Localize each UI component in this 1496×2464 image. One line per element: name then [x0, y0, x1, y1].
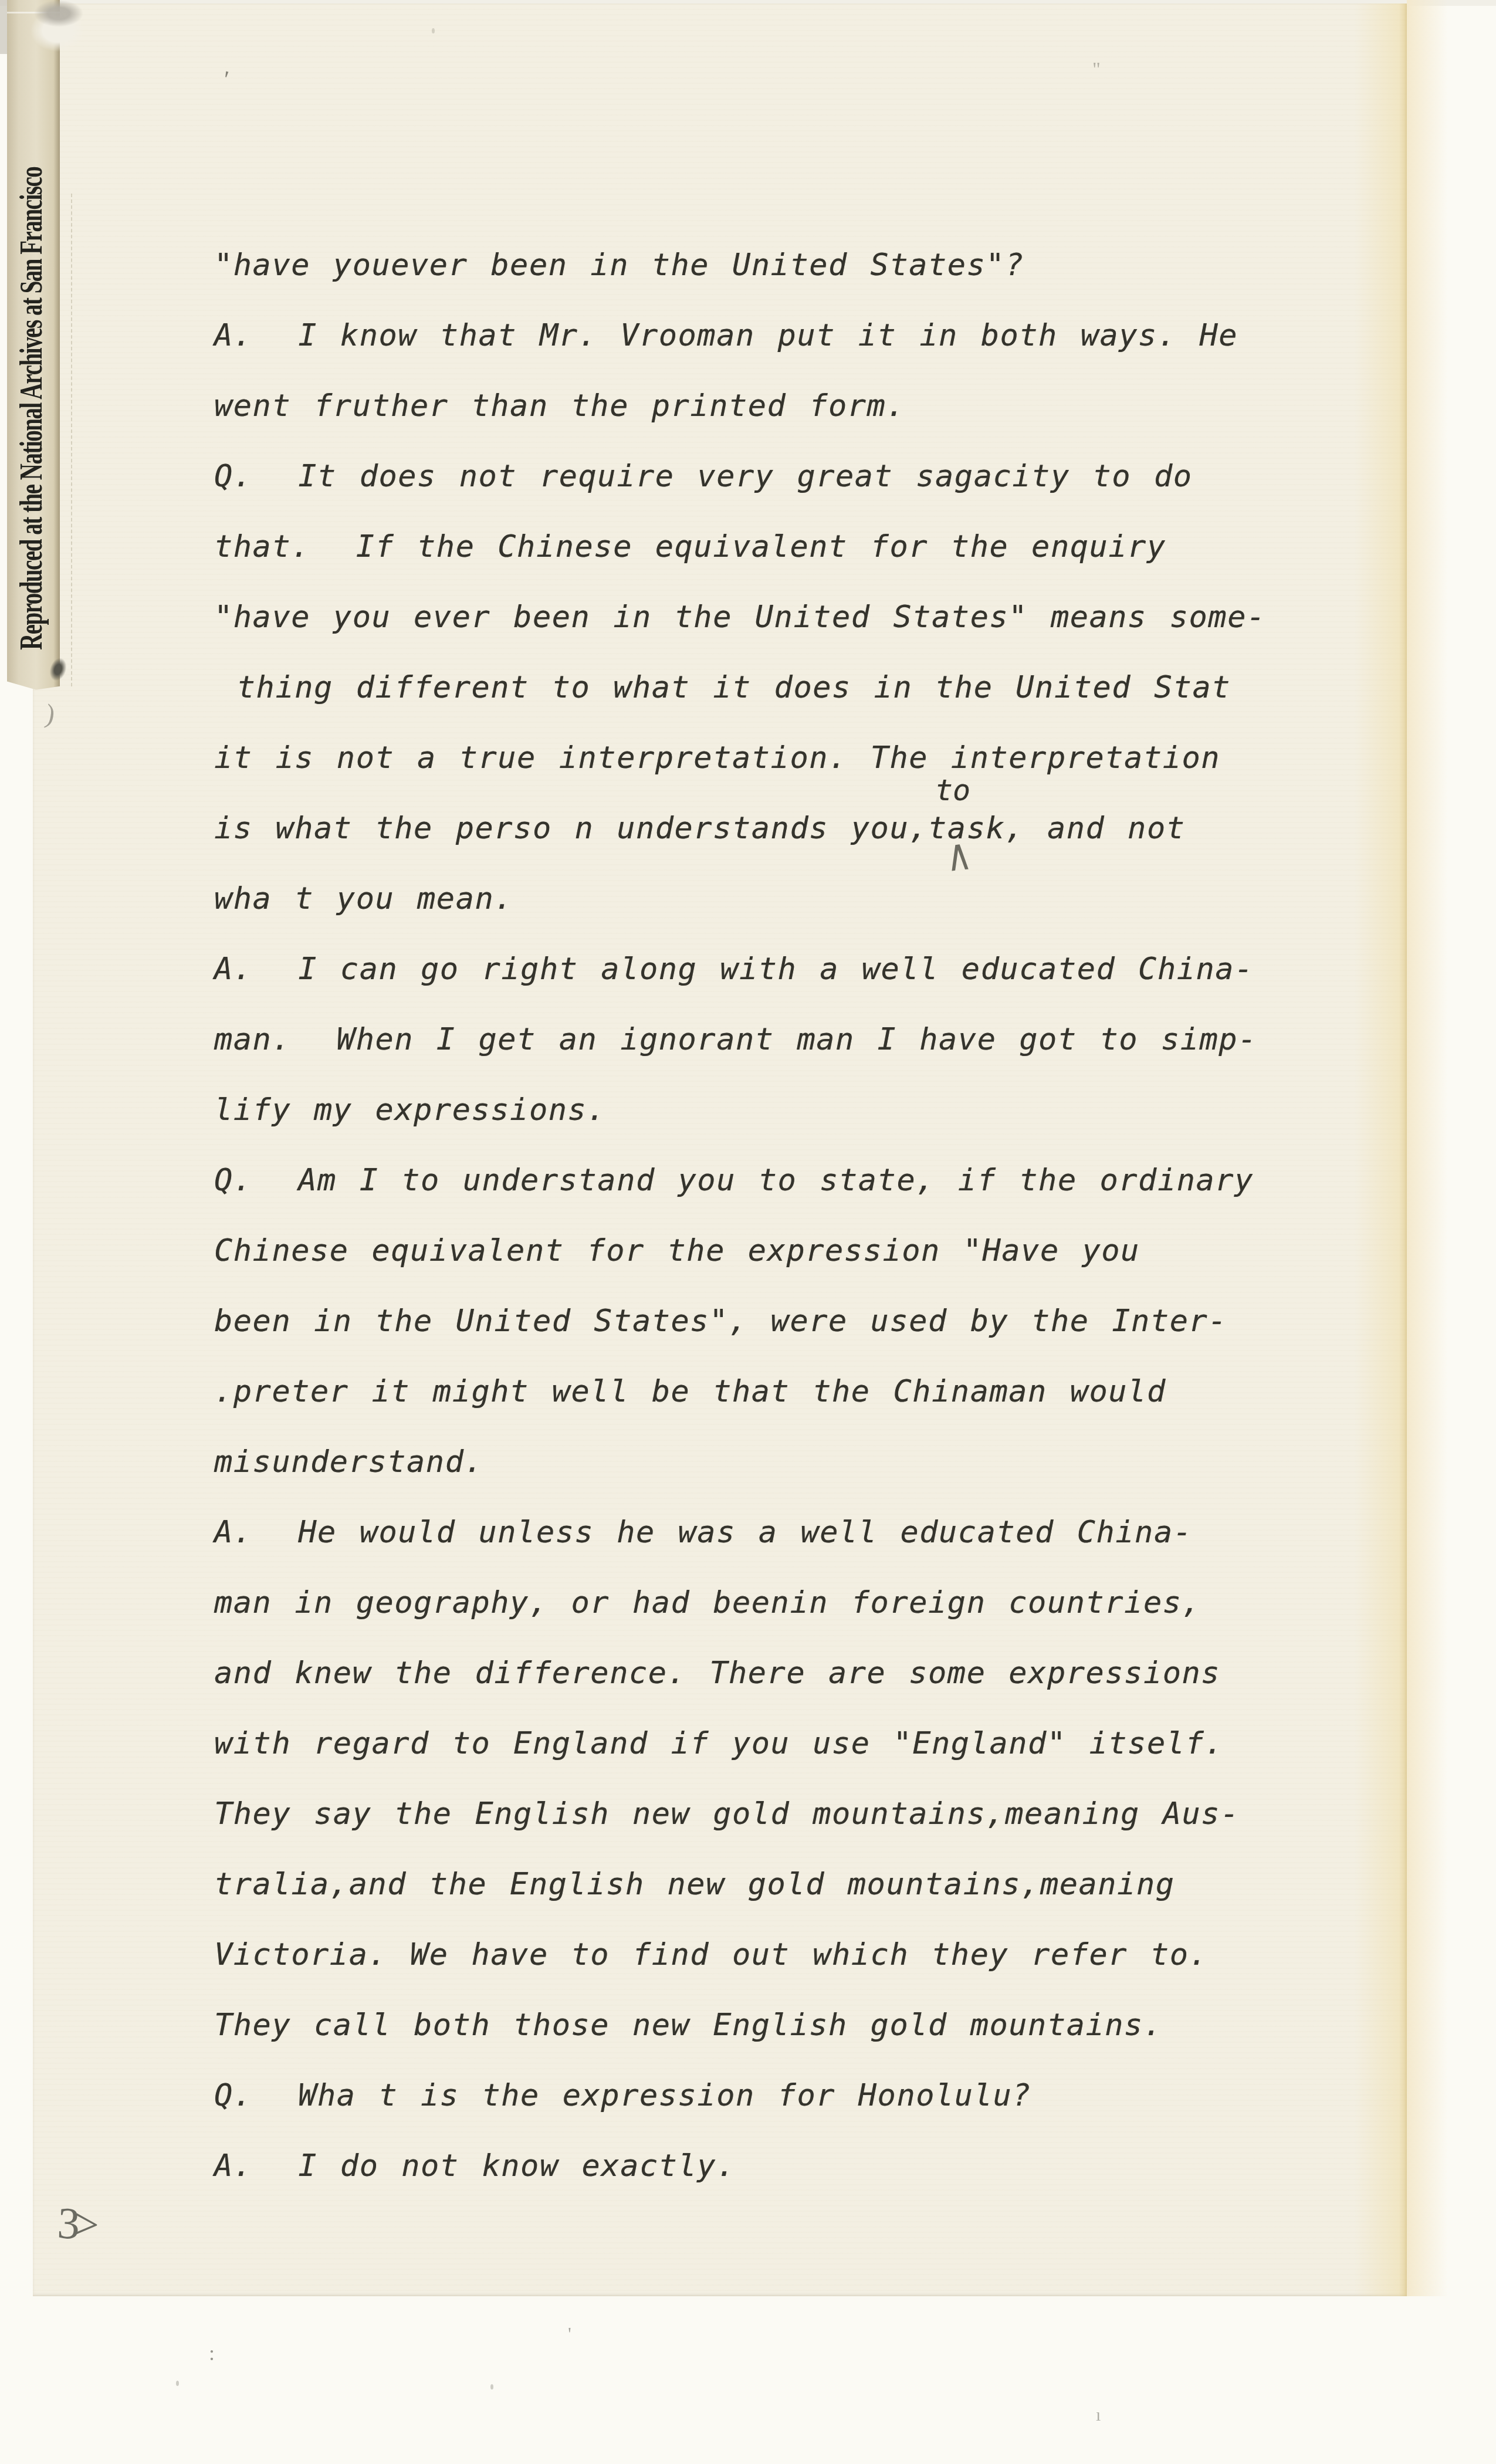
typed-line: Q. Am I to understand you to state, if t…	[214, 1145, 1282, 1216]
typed-line: been in the United States", were used by…	[214, 1286, 1282, 1356]
scan-speck	[490, 2384, 493, 2389]
page-fold-line	[71, 194, 72, 686]
typed-line: They say the English new gold mountains,…	[214, 1779, 1282, 1849]
insertion-caret-icon: ∧	[943, 832, 974, 878]
typed-line: tralia,and the English new gold mountain…	[214, 1849, 1282, 1920]
typed-transcript: "have youever been in the United States"…	[214, 230, 1282, 2201]
scan-artifact: "	[1092, 59, 1101, 81]
typed-line: A. I do not know exactly.	[214, 2131, 1282, 2201]
typed-line: Victoria. We have to find out which they…	[214, 1920, 1282, 1990]
page-edge	[1407, 0, 1453, 2296]
typed-line: that. If the Chinese equivalent for the …	[214, 512, 1282, 582]
typed-line: misunderstand.	[214, 1427, 1282, 1497]
typed-line: Q. Wha t is the expression for Honolulu?	[214, 2060, 1282, 2131]
typed-line: man in geography, or had beenin foreign …	[214, 1568, 1282, 1638]
scan-artifact: :	[209, 2341, 215, 2365]
typed-line: wha t you mean.	[214, 864, 1282, 934]
typed-line: "have youever been in the United States"…	[214, 230, 1282, 300]
typed-line: thing different to what it does in the U…	[214, 652, 1282, 723]
typed-line: and knew the difference. There are some …	[214, 1638, 1282, 1708]
typed-line: .preter it might well be that the Chinam…	[214, 1356, 1282, 1427]
scan-artifact: '	[568, 2323, 571, 2345]
scan-artifact: ı	[1096, 2405, 1101, 2425]
typed-line: went fruther than the printed form.	[214, 371, 1282, 441]
tape-residue-blob	[34, 0, 83, 27]
scan-speck	[432, 28, 435, 33]
typed-line: with regard to England if you use "Engla…	[214, 1708, 1282, 1779]
inserted-word: to	[935, 773, 970, 807]
typed-line: Chinese equivalent for the expression "H…	[214, 1216, 1282, 1286]
typed-line: Q. It does not require very great sagaci…	[214, 441, 1282, 512]
scanned-document: "have youever been in the United States"…	[0, 0, 1496, 2464]
typed-line: A. I can go right along with a well educ…	[214, 934, 1282, 1004]
typed-line: "have you ever been in the United States…	[214, 582, 1282, 652]
typed-line: A. I know that Mr. Vrooman put it in bot…	[214, 300, 1282, 371]
scan-speck	[176, 2381, 179, 2386]
archive-stamp-text: Reproduced at the National Archives at S…	[14, 167, 48, 650]
typed-line: man. When I get an ignorant man I have g…	[214, 1004, 1282, 1075]
typed-line: is what the perso n understands you,task…	[214, 793, 1282, 864]
typed-line: A. He would unless he was a well educate…	[214, 1497, 1282, 1568]
handwritten-page-mark: 3>	[56, 2198, 94, 2250]
typed-line: They call both those new English gold mo…	[214, 1990, 1282, 2060]
typed-line: it is not a true interpretation. The int…	[214, 723, 1282, 793]
typed-line: lify my expressions.	[214, 1075, 1282, 1145]
